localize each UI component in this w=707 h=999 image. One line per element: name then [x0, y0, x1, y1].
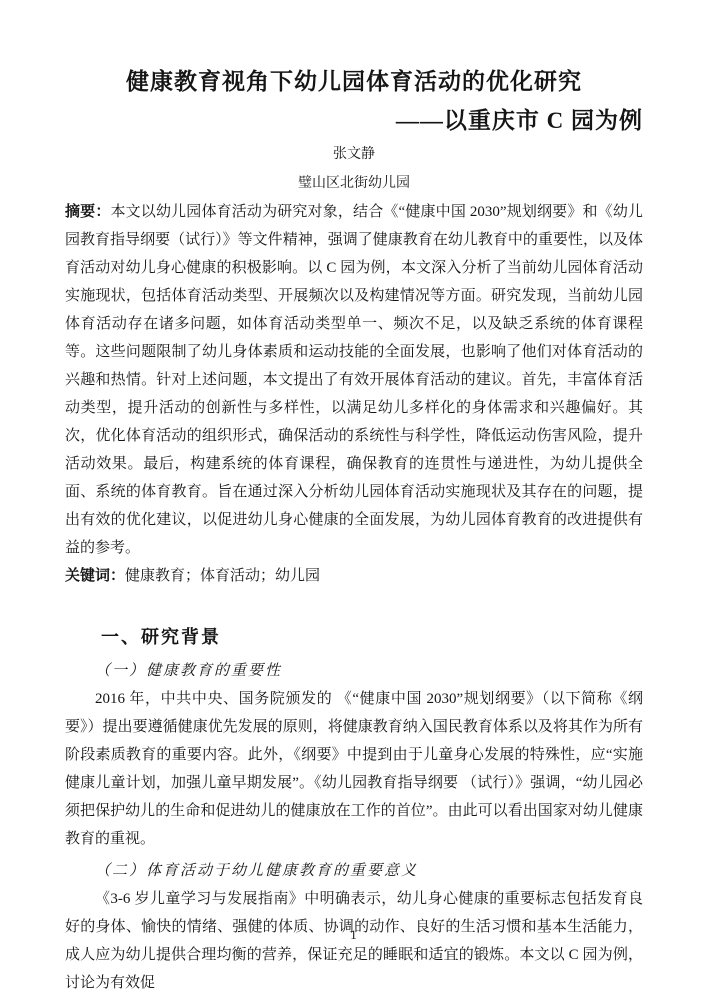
abstract-paragraph: 摘要：本文以幼儿园体育活动为研究对象，结合《“健康中国 2030”规划纲要》和《… [65, 198, 643, 562]
paper-page: 健康教育视角下幼儿园体育活动的优化研究 ——以重庆市 C 园为例 张文静 璧山区… [0, 0, 707, 999]
subsection-heading-sports-activity-significance: （二）体育活动于幼儿健康教育的重要意义 [65, 857, 643, 885]
paragraph-health-education-importance: 2016 年，中共中央、国务院颁发的 《“健康中国 2030”规划纲要》（以下简… [65, 685, 643, 853]
paper-title: 健康教育视角下幼儿园体育活动的优化研究 [65, 62, 643, 101]
paper-subtitle: ——以重庆市 C 园为例 [65, 101, 643, 140]
section-heading-research-background: 一、研究背景 [65, 624, 643, 651]
abstract-text: 本文以幼儿园体育活动为研究对象，结合《“健康中国 2030”规划纲要》和《幼儿园… [65, 204, 643, 556]
keywords-text: 健康教育；体育活动；幼儿园 [125, 568, 320, 584]
page-number: 1 [0, 927, 707, 943]
author-name: 张文静 [65, 140, 643, 169]
keywords-label: 关键词： [65, 568, 125, 584]
author-affiliation: 璧山区北街幼儿园 [65, 169, 643, 198]
keywords-paragraph: 关键词：健康教育；体育活动；幼儿园 [65, 562, 643, 590]
abstract-label: 摘要： [65, 204, 110, 220]
subsection-heading-health-education-importance: （一）健康教育的重要性 [65, 657, 643, 685]
